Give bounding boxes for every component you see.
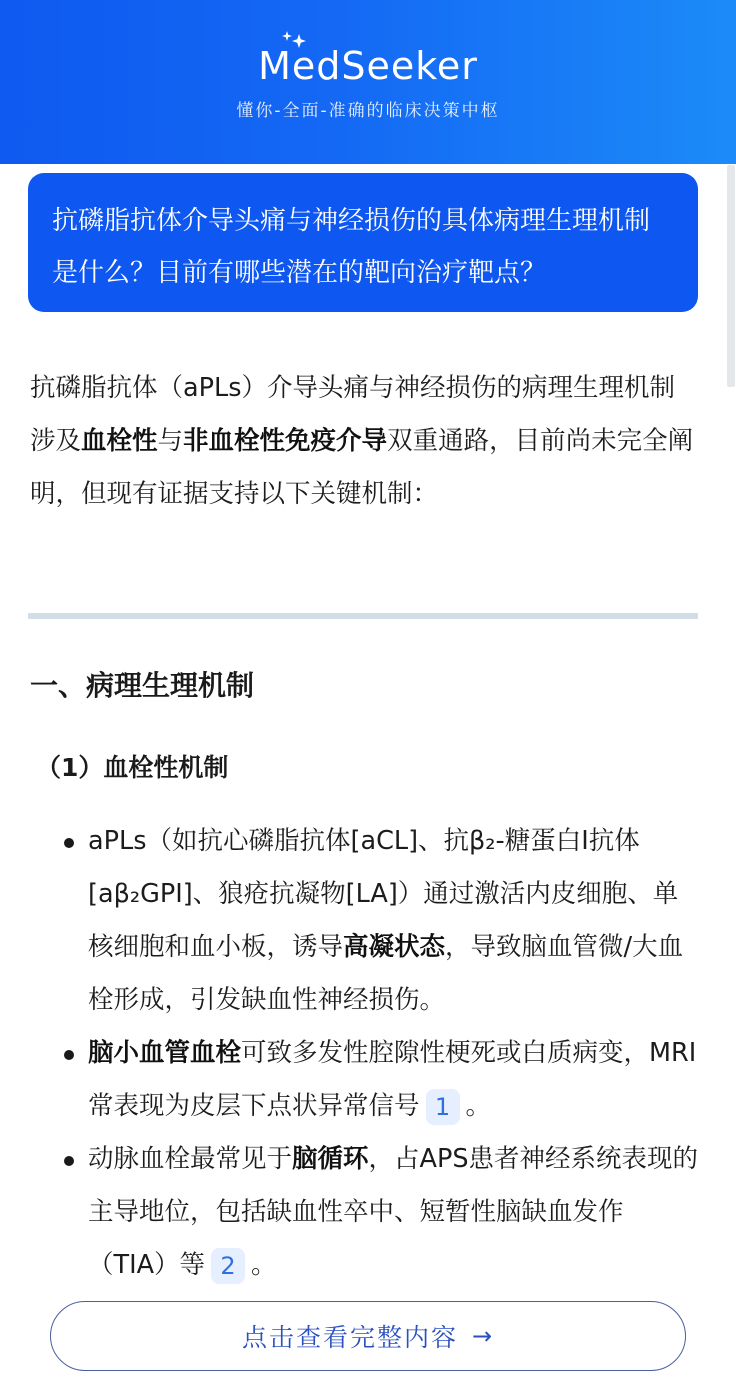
bullet-bold-text: 脑小血管血栓 [88,1038,241,1068]
sparkle-icon [280,30,310,52]
bullet-bold-text: 高凝状态 [343,932,445,962]
subsection-title: （1）血栓性机制 [36,748,228,788]
user-question-bubble: 抗磷脂抗体介导头痛与神经损伤的具体病理生理机制是什么？目前有哪些潜在的靶向治疗靶… [28,173,698,312]
page: MedSeeker 懂你-全面-准确的临床决策中枢 抗磷脂抗体介导头痛与神经损伤… [0,0,736,1386]
bullet-text: 。 [251,1250,277,1280]
brand-logo: MedSeeker [0,44,736,88]
intro-text-2: 与 [158,426,184,456]
bullet-text: 动脉血栓最常见于 [88,1144,292,1174]
section-title: 一、病理生理机制 [30,664,254,708]
list-item: aPLs（如抗心磷脂抗体[aCL]、抗β₂-糖蛋白I抗体[aβ₂GPI]、狼疮抗… [60,815,700,1027]
view-full-content-button[interactable]: 点击查看完整内容 → [50,1301,686,1371]
intro-bold-thrombotic: 血栓性 [81,426,158,456]
citation-badge-2[interactable]: 2 [211,1248,245,1284]
scrollbar-thumb[interactable] [727,165,735,387]
list-item: 动脉血栓最常见于脑循环，占APS患者神经系统表现的主导地位，包括缺血性卒中、短暂… [60,1133,700,1292]
brand-tagline: 懂你-全面-准确的临床决策中枢 [0,96,736,121]
list-item: 脑小血管血栓可致多发性腔隙性梗死或白质病变，MRI常表现为皮层下点状异常信号1。 [60,1027,700,1133]
arrow-right-icon: → [472,1322,494,1350]
section-divider [28,613,698,619]
bullet-dot-icon [64,1156,74,1166]
bullet-dot-icon [64,1050,74,1060]
view-full-label: 点击查看完整内容 [242,1318,458,1354]
intro-bold-immune: 非血栓性免疫介导 [183,426,387,456]
bullet-dot-icon [64,838,74,848]
bullet-text: 。 [466,1091,492,1121]
question-text: 抗磷脂抗体介导头痛与神经损伤的具体病理生理机制是什么？目前有哪些潜在的靶向治疗靶… [52,206,650,288]
bullet-bold-text: 脑循环 [292,1144,369,1174]
citation-badge-1[interactable]: 1 [426,1089,460,1125]
app-header: MedSeeker 懂你-全面-准确的临床决策中枢 [0,0,736,164]
answer-intro: 抗磷脂抗体（aPLs）介导头痛与神经损伤的病理生理机制涉及血栓性与非血栓性免疫介… [30,362,695,521]
mechanism-list: aPLs（如抗心磷脂抗体[aCL]、抗β₂-糖蛋白I抗体[aβ₂GPI]、狼疮抗… [60,815,700,1292]
